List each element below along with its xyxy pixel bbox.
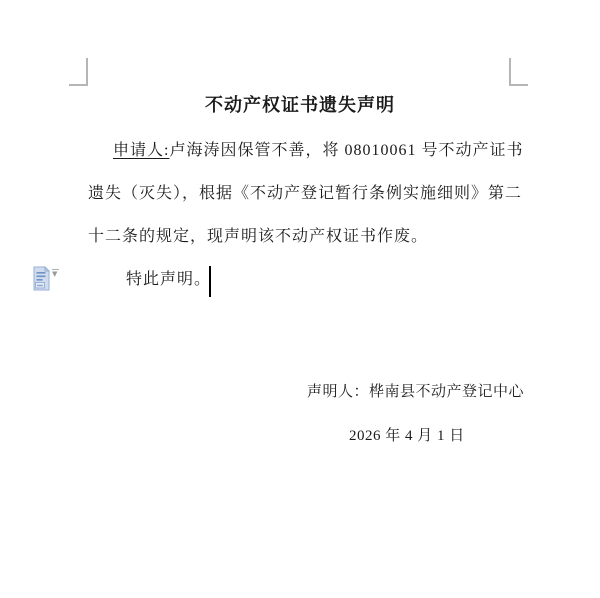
paste-options-button[interactable]: ▼ — [31, 265, 63, 293]
text-cursor — [209, 266, 211, 297]
body-line-applicant[interactable]: 申请人:卢海涛因保管不善，将 08010061 号不动产证书 — [113, 139, 523, 162]
body-line-text: 卢海涛因保管不善，将 08010061 号不动产证书 — [169, 142, 523, 159]
text-boundary-mark-top-right — [509, 58, 511, 86]
body-line[interactable]: 遗失（灭失），根据《不动产登记暂行条例实施细则》第二 — [88, 182, 522, 205]
document-paste-icon — [33, 266, 50, 296]
chevron-down-icon[interactable]: ▼ — [52, 271, 57, 278]
applicant-label: 申请人: — [113, 142, 169, 159]
date-line[interactable]: 2026 年 4 月 1 日 — [349, 424, 465, 445]
text-boundary-mark-top-left — [86, 58, 88, 86]
document-title: 不动产权证书遗失声明 — [0, 91, 600, 117]
body-line-closing[interactable]: 特此声明。 — [126, 268, 211, 291]
text-boundary-mark-top-right — [509, 84, 528, 86]
text-boundary-mark-top-left — [69, 84, 88, 86]
document-page: 不动产权证书遗失声明 申请人:卢海涛因保管不善，将 08010061 号不动产证… — [0, 0, 600, 598]
body-line[interactable]: 十二条的规定，现声明该不动产权证书作废。 — [88, 225, 428, 248]
signature-line[interactable]: 声明人：桦南县不动产登记中心 — [307, 380, 524, 401]
